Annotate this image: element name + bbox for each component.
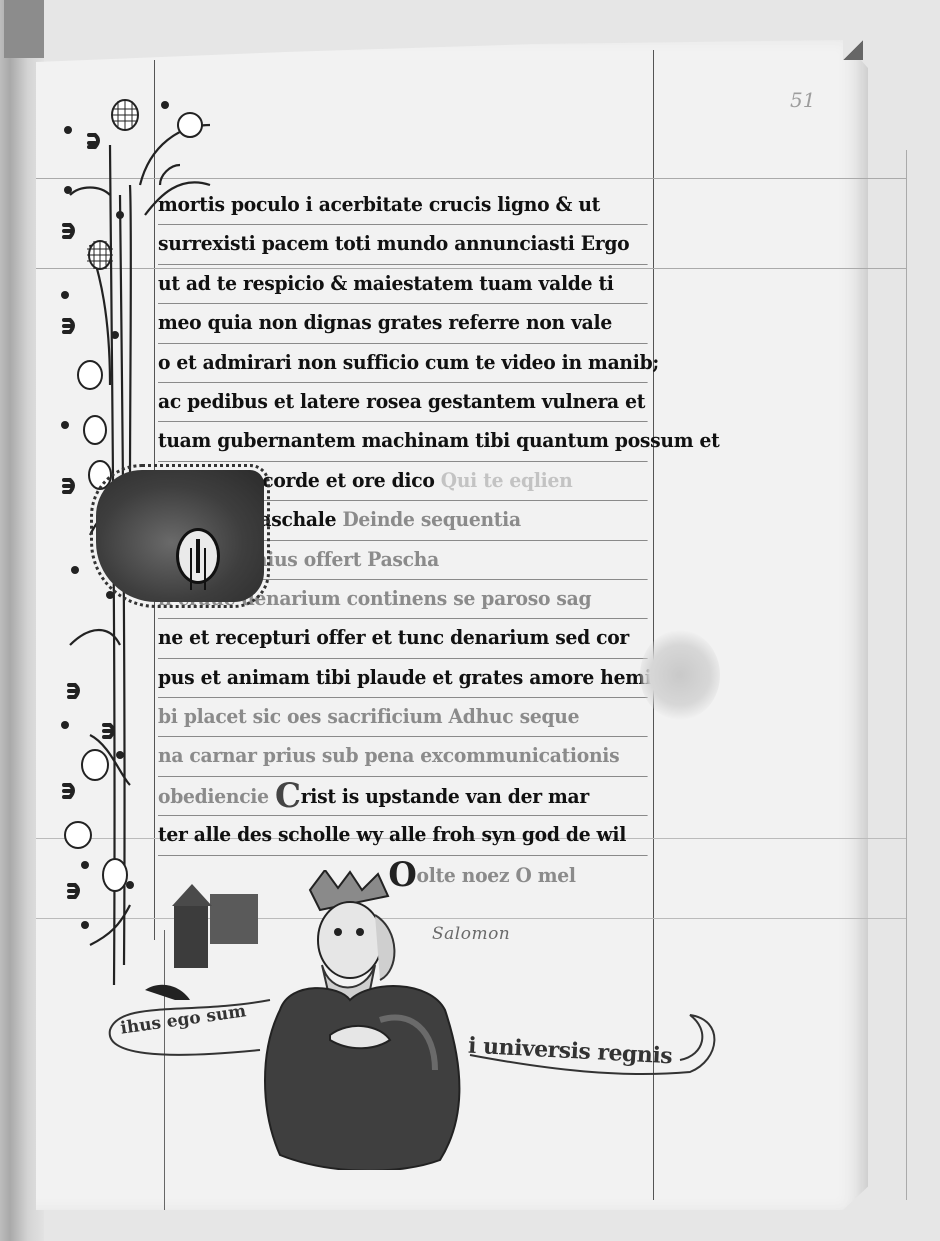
page-corner-fold	[843, 40, 863, 60]
text-line-4: meo quia non dignas grates referre non v…	[158, 304, 648, 343]
rubric-text: na carnar prius sub pena excommunication…	[158, 744, 619, 767]
text-line-14: bi placet sic oes sacrificium Adhuc sequ…	[158, 698, 648, 737]
text-line-6: ac pedibus et latere rosea gestantem vul…	[158, 383, 648, 422]
text-line-15: na carnar prius sub pena excommunication…	[158, 737, 648, 776]
text-line-3: ut ad te respicio & maiestatem tuam vald…	[158, 265, 648, 304]
line-text: ter alle des scholle wy alle froh syn go…	[158, 823, 626, 846]
rubric-text: Deinde sequentia	[342, 508, 520, 531]
text-line-17: ter alle des scholle wy alle froh syn go…	[158, 816, 648, 855]
line-text: o et admirari non sufficio cum te video …	[158, 351, 659, 374]
text-line-2: surrexisti pacem toti mundo annunciasti …	[158, 225, 648, 264]
gutter-shadow	[4, 0, 44, 58]
line-text: tuam gubernantem machinam tibi quantum p…	[158, 429, 719, 452]
line-text: mortis poculo i acerbitate crucis ligno …	[158, 193, 600, 216]
line-text: surrexisti pacem toti mundo annunciasti …	[158, 232, 629, 255]
line-text: meo quia non dignas grates referre non v…	[158, 311, 612, 334]
illuminated-initial-p	[96, 470, 264, 602]
text-line-5: o et admirari non sufficio cum te video …	[158, 344, 648, 383]
initial-letter-core	[176, 528, 220, 584]
line-text: pus et animam tibi plaude et grates amor…	[158, 666, 669, 689]
rubric-text: bi placet sic oes sacrificium Adhuc sequ…	[158, 705, 579, 728]
rubric-text: Qui te eqlien	[441, 469, 573, 492]
text-line-1: mortis poculo i acerbitate crucis ligno …	[158, 186, 648, 225]
ink-stain	[640, 630, 720, 720]
line-text: ne et recepturi offer et tunc denarium s…	[158, 626, 629, 649]
text-line-12: ne et recepturi offer et tunc denarium s…	[158, 619, 648, 658]
line-text: ac pedibus et latere rosea gestantem vul…	[158, 390, 645, 413]
line-text: rist is upstande van der mar	[301, 785, 589, 808]
castle-illustration	[168, 880, 260, 968]
initial-letter-c: C	[275, 776, 301, 816]
text-line-13: pus et animam tibi plaude et grates amor…	[158, 659, 648, 698]
figure-name-label: Salomon	[432, 924, 510, 944]
rubric-text: obediencie	[158, 785, 269, 808]
ruling-outer-right	[906, 150, 907, 1200]
text-line-16: obediencie Crist is upstande van der mar	[158, 777, 648, 816]
text-line-7: tuam gubernantem machinam tibi quantum p…	[158, 422, 648, 461]
line-text: ut ad te respicio & maiestatem tuam vald…	[158, 272, 614, 295]
folio-number: 51	[790, 88, 815, 112]
